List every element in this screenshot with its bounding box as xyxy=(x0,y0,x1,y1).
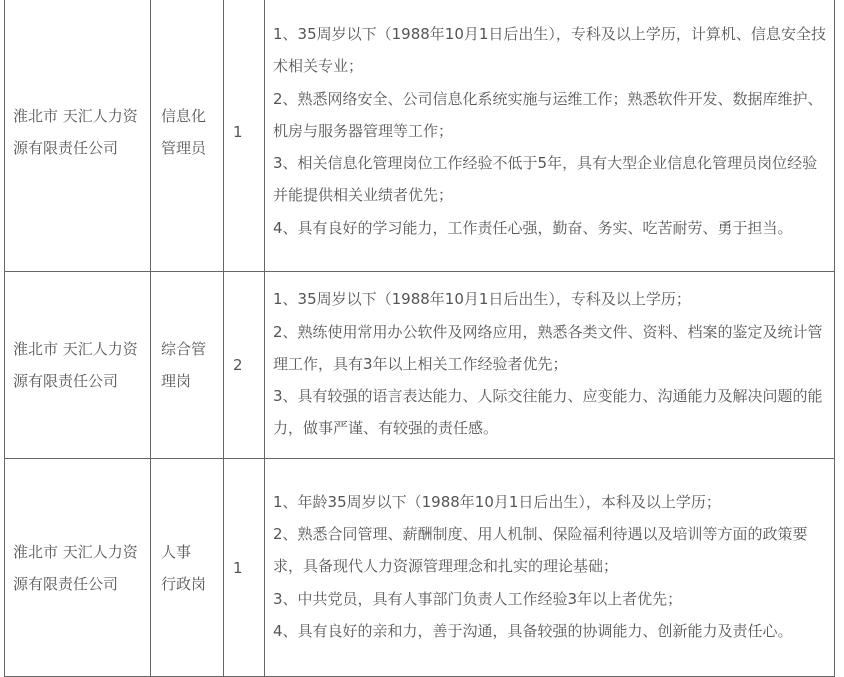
position-line: 管理员 xyxy=(161,132,217,164)
requirement-item: 3、中共党员，具有人事部门负责人工作经验3年以上者优先； xyxy=(273,583,826,615)
position-line: 综合管 xyxy=(161,333,217,365)
requirement-item: 3、相关信息化管理岗位工作经验不低于5年，具有大型企业信息化管理员岗位经验并能提… xyxy=(273,147,826,212)
requirements-cell: 1、35周岁以下（1988年10月1日后出生），专科及以上学历，计算机、信息安全… xyxy=(265,0,835,272)
headcount-cell: 2 xyxy=(224,272,265,459)
table-row: 淮北市 天汇人力资源有限责任公司 信息化 管理员 1 1、35周岁以下（1988… xyxy=(5,0,835,272)
requirements-cell: 1、年龄35周岁以下（1988年10月1日后出生），本科及以上学历； 2、熟悉合… xyxy=(265,459,835,652)
requirement-item: 1、年龄35周岁以下（1988年10月1日后出生），本科及以上学历； xyxy=(273,486,826,518)
table-row: 淮北市 天汇人力资源有限责任公司 人事 行政岗 1 1、年龄35周岁以下（198… xyxy=(5,459,835,652)
requirement-item: 2、熟悉网络安全、公司信息化系统实施与运维工作；熟悉软件开发、数据库维护、机房与… xyxy=(273,83,826,148)
position-line: 理岗 xyxy=(161,365,217,397)
headcount-cell: 1 xyxy=(224,0,265,272)
position-line: 行政岗 xyxy=(161,568,217,600)
position-cell: 综合管 理岗 xyxy=(151,272,224,459)
requirement-item: 1、35周岁以下（1988年10月1日后出生），专科及以上学历； xyxy=(273,283,826,315)
company-cell: 淮北市 天汇人力资源有限责任公司 xyxy=(5,0,151,272)
requirement-item: 1、35周岁以下（1988年10月1日后出生），专科及以上学历，计算机、信息安全… xyxy=(273,18,826,83)
company-cell: 淮北市 天汇人力资源有限责任公司 xyxy=(5,272,151,459)
position-line: 信息化 xyxy=(161,100,217,132)
job-table-container: 淮北市 天汇人力资源有限责任公司 信息化 管理员 1 1、35周岁以下（1988… xyxy=(4,0,834,651)
requirements-cell: 1、35周岁以下（1988年10月1日后出生），专科及以上学历； 2、熟练使用常… xyxy=(265,272,835,459)
position-cell: 信息化 管理员 xyxy=(151,0,224,272)
headcount-cell: 1 xyxy=(224,459,265,652)
requirement-item: 2、熟练使用常用办公软件及网络应用，熟悉各类文件、资料、档案的鉴定及统计管理工作… xyxy=(273,316,826,381)
requirement-item: 4、具有良好的亲和力，善于沟通，具备较强的协调能力、创新能力及责任心。 xyxy=(273,615,826,647)
company-cell: 淮北市 天汇人力资源有限责任公司 xyxy=(5,459,151,652)
requirement-item: 3、具有较强的语言表达能力、人际交往能力、应变能力、沟通能力及解决问题的能力，做… xyxy=(273,380,826,445)
requirement-item: 2、熟悉合同管理、薪酬制度、用人机制、保险福利待遇以及培训等方面的政策要求，具备… xyxy=(273,518,826,583)
job-listing-table: 淮北市 天汇人力资源有限责任公司 信息化 管理员 1 1、35周岁以下（1988… xyxy=(4,0,835,651)
table-row: 淮北市 天汇人力资源有限责任公司 综合管 理岗 2 1、35周岁以下（1988年… xyxy=(5,272,835,459)
position-cell: 人事 行政岗 xyxy=(151,459,224,652)
requirement-item: 4、具有良好的学习能力，工作责任心强，勤奋、务实、吃苦耐劳、勇于担当。 xyxy=(273,212,826,244)
position-line: 人事 xyxy=(161,536,217,568)
